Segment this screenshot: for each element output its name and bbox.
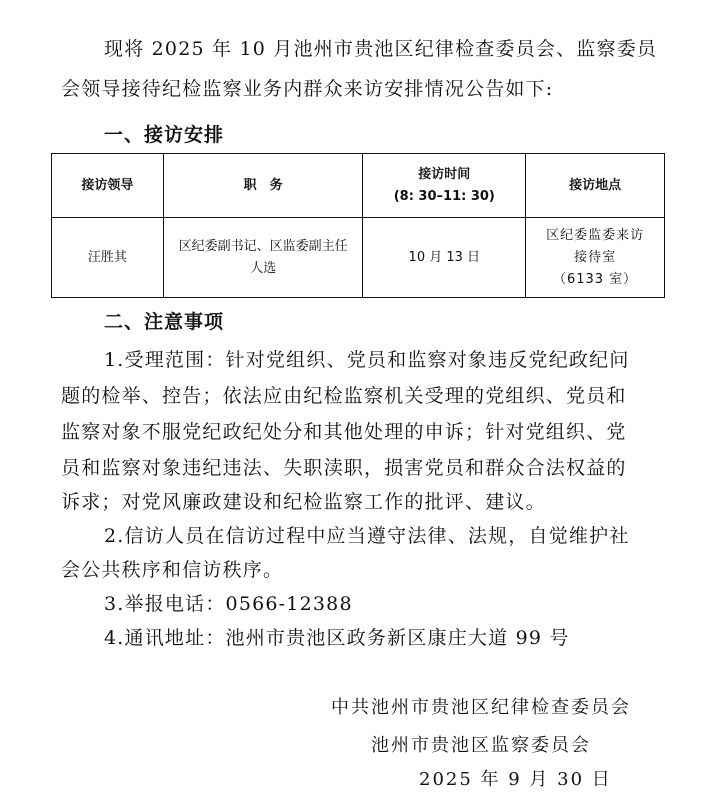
- header-time-label: 接访时间: [367, 164, 521, 186]
- cell-leader: 汪胜其: [52, 218, 164, 298]
- cell-date: 10 月 13 日: [363, 218, 526, 298]
- table-row: 汪胜其 区纪委副书记、区监委副主任 人选 10 月 13 日 区纪委监委来访 接…: [52, 218, 665, 298]
- header-position: 职 务: [163, 154, 363, 218]
- table-header-row: 接访领导 职 务 接访时间 (8: 30–11: 30) 接访地点: [52, 154, 665, 218]
- item-1-line-5: 诉求；对党风廉政建设和纪检监察工作的批评、建议。: [61, 485, 546, 519]
- cell-location-line-3: （6133 室）: [530, 269, 660, 291]
- section-1-title: 一、接访安排: [104, 120, 224, 147]
- item-1-line-1: 1.受理范围：针对党组织、党员和监察对象违反党纪政纪问: [104, 343, 630, 377]
- section-2-title: 二、注意事项: [104, 307, 224, 334]
- cell-position-line-2: 人选: [168, 258, 359, 280]
- cell-location-line-1: 区纪委监委来访: [530, 225, 660, 247]
- header-location: 接访地点: [526, 154, 665, 218]
- item-3-phone: 3.举报电话：0566-12388: [104, 587, 353, 621]
- schedule-table: 接访领导 职 务 接访时间 (8: 30–11: 30) 接访地点 汪胜其 区纪…: [51, 153, 665, 298]
- item-2-line-2: 会公共秩序和信访秩序。: [61, 553, 283, 587]
- cell-position: 区纪委副书记、区监委副主任 人选: [163, 218, 363, 298]
- cell-location: 区纪委监委来访 接待室 （6133 室）: [526, 218, 665, 298]
- intro-line-2: 会领导接待纪检监察业务内群众来访安排情况公告如下:: [61, 72, 553, 106]
- item-1-line-3: 监察对象不服党纪政纪处分和其他处理的申诉；针对党组织、党: [61, 415, 627, 449]
- item-2-line-1: 2.信访人员在信访过程中应当遵守法律、法规，自觉维护社: [104, 519, 630, 553]
- header-time: 接访时间 (8: 30–11: 30): [363, 154, 526, 218]
- header-time-range: (8: 30–11: 30): [367, 186, 521, 208]
- cell-position-line-1: 区纪委副书记、区监委副主任: [168, 236, 359, 258]
- cell-location-line-2: 接待室: [530, 247, 660, 269]
- intro-line-1: 现将 2025 年 10 月池州市贵池区纪律检查委员会、监察委员: [104, 32, 657, 66]
- header-leader: 接访领导: [52, 154, 164, 218]
- signature-date: 2025 年 9 月 30 日: [419, 765, 612, 791]
- item-1-line-4: 员和监察对象违纪违法、失职渎职，损害党员和群众合法权益的: [61, 451, 627, 485]
- signature-org-1: 中共池州市贵池区纪律检查委员会: [331, 693, 631, 719]
- signature-org-2: 池州市贵池区监察委员会: [371, 731, 591, 757]
- item-1-line-2: 题的检举、控告；依法应由纪检监察机关受理的党组织、党员和: [61, 379, 627, 413]
- item-4-address: 4.通讯地址：池州市贵池区政务新区康庄大道 99 号: [104, 621, 570, 655]
